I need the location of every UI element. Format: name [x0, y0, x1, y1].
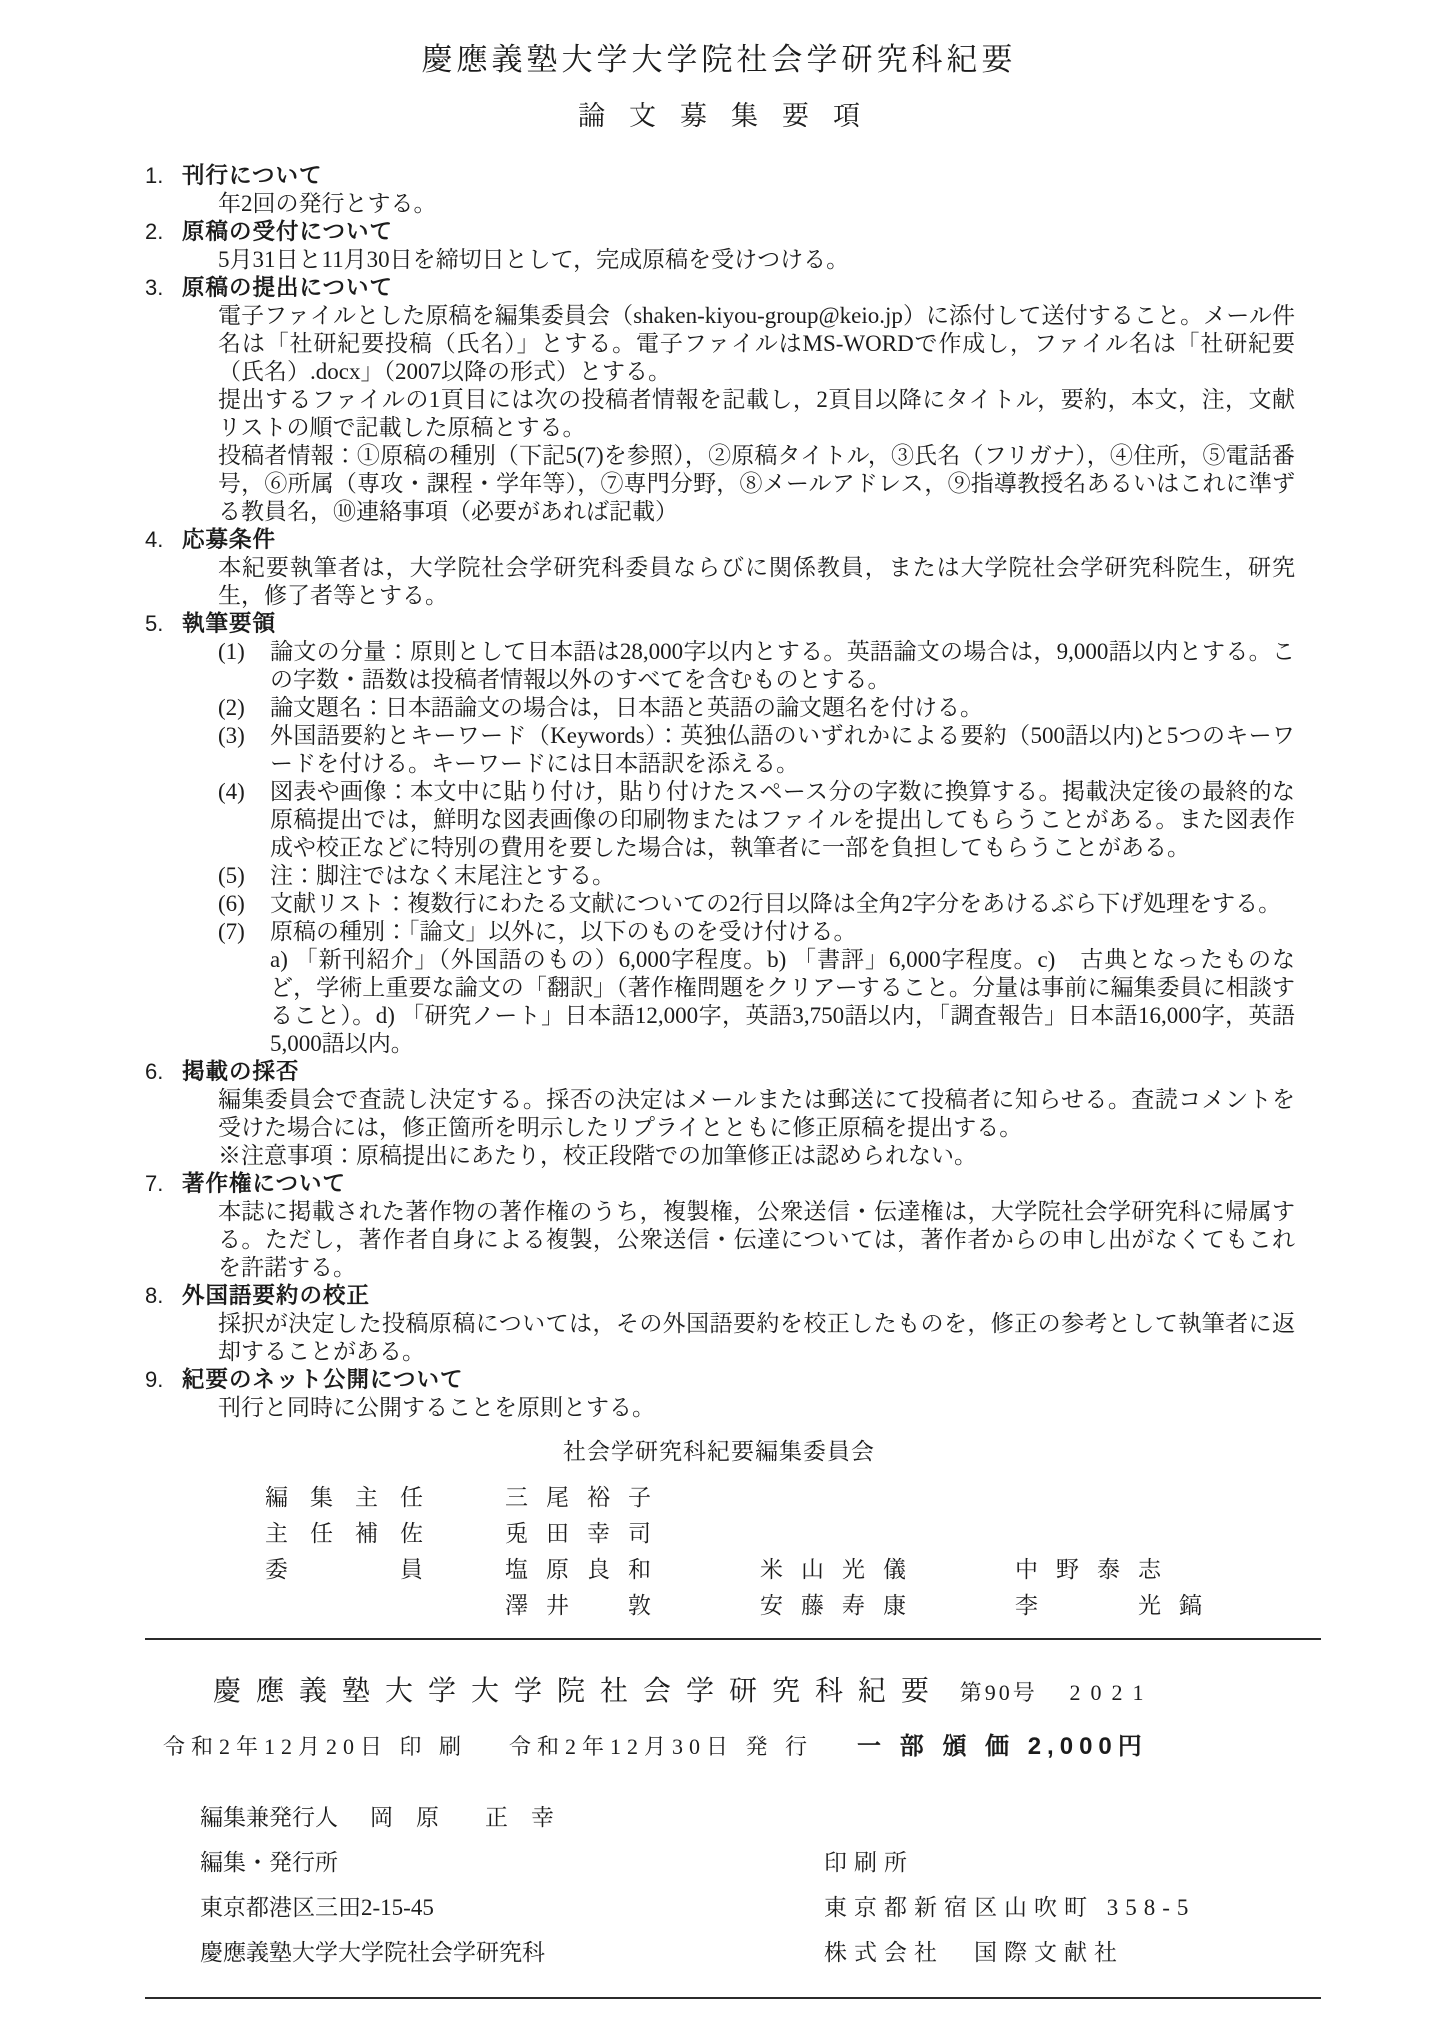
- publisher-printer-labels-row: 編集・発行所 印刷所: [200, 1840, 1295, 1885]
- subitem-detail-block: a) 「新刊紹介」（外国語のもの）6,000字程度。b) 「書評」6,000字程…: [270, 946, 1295, 1058]
- committee-role: [265, 1588, 505, 1624]
- section-paragraph: 電子ファイルとした原稿を編集委員会（shaken-kiyou-group@kei…: [218, 302, 1295, 386]
- section-number: 9.: [145, 1366, 163, 1394]
- section-number: 7.: [145, 1170, 163, 1198]
- colophon-divider: [145, 1638, 1321, 1640]
- printer-name: 株式会社 国際文献社: [824, 1930, 1124, 1975]
- publisher-label: 編集・発行所: [200, 1840, 824, 1885]
- journal-title: 慶應義塾大学大学院社会学研究科紀要: [143, 40, 1295, 80]
- section-abstract-proofreading: 8. 外国語要約の校正 採択が決定した投稿原稿については，その外国語要約を校正し…: [143, 1282, 1295, 1366]
- section-paragraph: 5月31日と11月30日を締切日として，完成原稿を受けつける。: [218, 246, 1295, 274]
- section-paragraph: 本誌に掲載された著作物の著作権のうち，複製権，公衆送信・伝達権は，大学院社会学研…: [218, 1198, 1295, 1282]
- section-heading: 外国語要約の校正: [182, 1282, 1295, 1310]
- subitem-number: (6): [218, 890, 245, 918]
- committee-member-name: 李 光鎬: [1015, 1588, 1270, 1624]
- printer-address: 東京都新宿区山吹町 358-5: [824, 1885, 1195, 1930]
- subitem-number: (2): [218, 694, 245, 722]
- committee-member-name: 塩原良和: [505, 1552, 760, 1588]
- section-paragraph: 刊行と同時に公開することを原則とする。: [218, 1394, 1295, 1422]
- publisher-name: 慶應義塾大学大学院社会学研究科: [200, 1930, 824, 1975]
- section-online-publication: 9. 紀要のネット公開について 刊行と同時に公開することを原則とする。: [143, 1366, 1295, 1422]
- committee-row-deputy: 主任補佐 兎田幸司: [265, 1516, 1295, 1552]
- committee-member-name: 三尾裕子: [505, 1480, 760, 1516]
- subitem-number: (3): [218, 722, 245, 750]
- committee-member-name: 中野泰志: [1015, 1552, 1270, 1588]
- section-heading: 刊行について: [182, 162, 1295, 190]
- editorial-committee: 社会学研究科紀要編集委員会 編集主任 三尾裕子 主任補佐 兎田幸司 委 員 塩原…: [143, 1438, 1295, 1624]
- section-number: 2.: [145, 218, 163, 246]
- section-number: 1.: [145, 162, 163, 190]
- printer-label: 印刷所: [824, 1840, 914, 1885]
- section-heading: 原稿の受付について: [182, 218, 1295, 246]
- section-number: 8.: [145, 1282, 163, 1310]
- committee-row-chief: 編集主任 三尾裕子: [265, 1480, 1295, 1516]
- colophon-dates-line: 令和2年12月20日 印 刷 令和2年12月30日 発 行 一 部 頒 価 2,…: [163, 1733, 1295, 1761]
- editor-name: 岡 原 正 幸: [370, 1795, 554, 1840]
- section-heading: 著作権について: [182, 1170, 1295, 1198]
- section-paragraph: 採択が決定した投稿原稿については，その外国語要約を校正したものを，修正の参考とし…: [218, 1310, 1295, 1366]
- committee-member-list: 編集主任 三尾裕子 主任補佐 兎田幸司 委 員 塩原良和 米山光儀 中野泰志 澤…: [265, 1480, 1295, 1624]
- section-heading: 執筆要領: [182, 610, 1295, 638]
- subitem-text: 図表や画像：本文中に貼り付け，貼り付けたスペース分の字数に換算する。掲載決定後の…: [270, 778, 1295, 862]
- subitem-text: 文献リスト：複数行にわたる文献についての2行目以降は全角2字分をあけるぶら下げ処…: [270, 890, 1295, 918]
- committee-role: 委 員: [265, 1552, 505, 1588]
- subitem-figures: (4) 図表や画像：本文中に貼り付け，貼り付けたスペース分の字数に換算する。掲載…: [218, 778, 1295, 862]
- section-number: 3.: [145, 274, 163, 302]
- subitem-length: (1) 論文の分量：原則として日本語は28,000字以内とする。英語論文の場合は…: [218, 638, 1295, 694]
- section-copyright: 7. 著作権について 本誌に掲載された著作物の著作権のうち，複製権，公衆送信・伝…: [143, 1170, 1295, 1282]
- price: 一 部 頒 価 2,000円: [857, 1733, 1148, 1761]
- section-acceptance: 2. 原稿の受付について 5月31日と11月30日を締切日として，完成原稿を受け…: [143, 218, 1295, 274]
- committee-role: 主任補佐: [265, 1516, 505, 1552]
- section-list: 1. 刊行について 年2回の発行とする。 2. 原稿の受付について 5月31日と…: [143, 162, 1295, 1422]
- section-number: 4.: [145, 526, 163, 554]
- subitem-number: (4): [218, 778, 245, 806]
- subitem-list: (1) 論文の分量：原則として日本語は28,000字以内とする。英語論文の場合は…: [218, 638, 1295, 1058]
- section-publication: 1. 刊行について 年2回の発行とする。: [143, 162, 1295, 218]
- subitem-notes: (5) 注：脚注ではなく末尾注とする。: [218, 862, 1295, 890]
- committee-member-name: 安藤寿康: [760, 1588, 1015, 1624]
- subitem-text: 原稿の種別：「論文」以外に，以下のものを受け付ける。: [270, 918, 1295, 946]
- subitem-title: (2) 論文題名：日本語論文の場合は，日本語と英語の論文題名を付ける。: [218, 694, 1295, 722]
- colophon: 慶應義塾大学大学院社会学研究科紀要 第90号 2021 令和2年12月20日 印…: [143, 1678, 1295, 1999]
- subitem-number: (7): [218, 918, 245, 946]
- section-note: ※注意事項：原稿提出にあたり，校正段階での加筆修正は認められない。: [218, 1142, 1295, 1170]
- organizations-row: 慶應義塾大学大学院社会学研究科 株式会社 国際文献社: [200, 1930, 1295, 1975]
- publisher-address: 東京都港区三田2-15-45: [200, 1885, 824, 1930]
- committee-row-members-2: 澤井 敦 安藤寿康 李 光鎬: [265, 1588, 1295, 1624]
- subitem-text: 外国語要約とキーワード（Keywords）：英独仏語のいずれかによる要約（500…: [270, 722, 1295, 778]
- section-heading: 原稿の提出について: [182, 274, 1295, 302]
- colophon-journal-title: 慶應義塾大学大学院社会学研究科紀要: [213, 1676, 944, 1707]
- editor-label: 編集兼発行人: [200, 1795, 338, 1840]
- bottom-divider: [145, 1997, 1321, 1999]
- colophon-title-line: 慶應義塾大学大学院社会学研究科紀要 第90号 2021: [213, 1678, 1295, 1707]
- subitem-number: (5): [218, 862, 245, 890]
- editor-row: 編集兼発行人 岡 原 正 幸: [200, 1795, 1295, 1840]
- section-heading: 紀要のネット公開について: [182, 1366, 1295, 1394]
- committee-row-members-1: 委 員 塩原良和 米山光儀 中野泰志: [265, 1552, 1295, 1588]
- section-number: 5.: [145, 610, 163, 638]
- section-writing-guidelines: 5. 執筆要領 (1) 論文の分量：原則として日本語は28,000字以内とする。…: [143, 610, 1295, 1058]
- committee-member-name: 米山光儀: [760, 1552, 1015, 1588]
- addresses-row: 東京都港区三田2-15-45 東京都新宿区山吹町 358-5: [200, 1885, 1295, 1930]
- section-review: 6. 掲載の採否 編集委員会で査読し決定する。採否の決定はメールまたは郵送にて投…: [143, 1058, 1295, 1170]
- committee-member-name: 兎田幸司: [505, 1516, 760, 1552]
- subitem-text: 論文の分量：原則として日本語は28,000字以内とする。英語論文の場合は，9,0…: [270, 638, 1295, 694]
- committee-role: 編集主任: [265, 1480, 505, 1516]
- subitem-text: 論文題名：日本語論文の場合は，日本語と英語の論文題名を付ける。: [270, 694, 1295, 722]
- section-heading: 応募条件: [182, 526, 1295, 554]
- section-paragraph: 提出するファイルの1頁目には次の投稿者情報を記載し，2頁目以降にタイトル，要約，…: [218, 386, 1295, 442]
- section-paragraph: 本紀要執筆者は，大学院社会学研究科委員ならびに関係教員，または大学院社会学研究科…: [218, 554, 1295, 610]
- subitem-manuscript-types: (7) 原稿の種別：「論文」以外に，以下のものを受け付ける。 a) 「新刊紹介」…: [218, 918, 1295, 1058]
- subitem-number: (1): [218, 638, 245, 666]
- section-paragraph: 編集委員会で査読し決定する。採否の決定はメールまたは郵送にて投稿者に知らせる。査…: [218, 1086, 1295, 1142]
- section-number: 6.: [145, 1058, 163, 1086]
- subitem-references: (6) 文献リスト：複数行にわたる文献についての2行目以降は全角2字分をあけるぶ…: [218, 890, 1295, 918]
- document-page: 慶應義塾大学大学院社会学研究科紀要 論文募集要項 1. 刊行について 年2回の発…: [0, 0, 1434, 2024]
- colophon-year: 2021: [1070, 1680, 1154, 1705]
- section-eligibility: 4. 応募条件 本紀要執筆者は，大学院社会学研究科委員ならびに関係教員，または大…: [143, 526, 1295, 610]
- section-paragraph: 年2回の発行とする。: [218, 190, 1295, 218]
- publish-date: 令和2年12月30日 発 行: [509, 1733, 813, 1761]
- page-title: 論文募集要項: [143, 98, 1295, 134]
- committee-title: 社会学研究科紀要編集委員会: [143, 1438, 1295, 1466]
- subitem-abstract-keywords: (3) 外国語要約とキーワード（Keywords）：英独仏語のいずれかによる要約…: [218, 722, 1295, 778]
- section-paragraph: 投稿者情報：①原稿の種別（下記5(7)を参照），②原稿タイトル，③氏名（フリガナ…: [218, 442, 1295, 526]
- section-submission: 3. 原稿の提出について 電子ファイルとした原稿を編集委員会（shaken-ki…: [143, 274, 1295, 526]
- committee-member-name: 澤井 敦: [505, 1588, 760, 1624]
- colophon-issue-number: 第90号: [960, 1680, 1038, 1705]
- subitem-text: 注：脚注ではなく末尾注とする。: [270, 862, 1295, 890]
- print-date: 令和2年12月20日 印 刷: [163, 1733, 467, 1761]
- section-heading: 掲載の採否: [182, 1058, 1295, 1086]
- document-content: 慶應義塾大学大学院社会学研究科紀要 論文募集要項 1. 刊行について 年2回の発…: [143, 40, 1295, 1999]
- publisher-block: 編集兼発行人 岡 原 正 幸 編集・発行所 印刷所 東京都港区三田2-15-45…: [200, 1795, 1295, 1975]
